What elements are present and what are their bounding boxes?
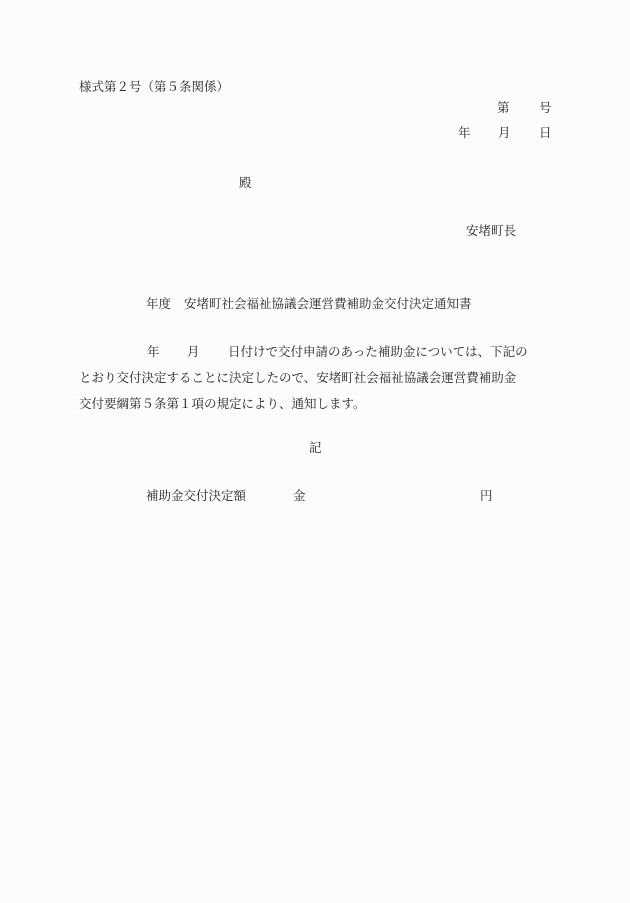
title-year-label: 年度 [146, 296, 171, 311]
document-title: 年度安堵町社会福祉協議会運営費補助金交付決定通知書 [146, 298, 472, 311]
body-line-3: 交付要綱第５条第１項の規定により、通知します。 [79, 398, 366, 411]
body-line-1-text: 日付けで交付申請のあった補助金については、下記の [228, 346, 528, 359]
amount-prefix: 金 [293, 490, 306, 503]
date-day-label: 日 [539, 127, 552, 140]
body-month-label: 月 [187, 346, 200, 359]
grant-amount-label: 補助金交付決定額 [146, 490, 246, 503]
body-line-2: とおり交付決定することに決定したので、安堵町社会福祉協議会運営費補助金 [79, 372, 516, 385]
form-id: 様式第２号（第５条関係） [79, 81, 229, 94]
sender-name: 安堵町長 [466, 225, 516, 238]
number-suffix: 号 [539, 102, 552, 115]
body-year-label: 年 [147, 346, 160, 359]
date-month-label: 月 [498, 127, 511, 140]
date-year-label: 年 [458, 127, 471, 140]
addressee-honorific: 殿 [239, 177, 252, 190]
amount-unit: 円 [480, 490, 493, 503]
ki-heading: 記 [309, 442, 322, 455]
number-prefix: 第 [497, 102, 510, 115]
title-text: 安堵町社会福祉協議会運営費補助金交付決定通知書 [184, 296, 472, 311]
